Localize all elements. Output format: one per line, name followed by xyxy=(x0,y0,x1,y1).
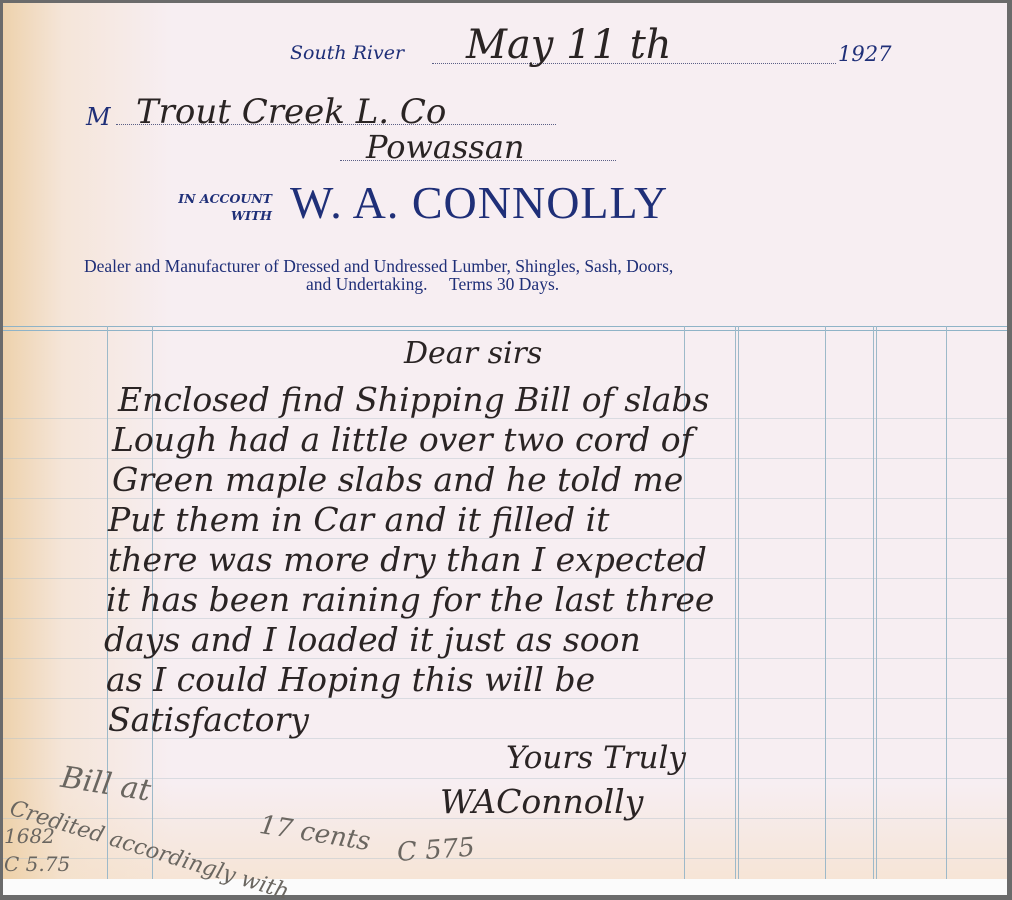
company-name: W. A. CONNOLLY xyxy=(290,176,668,229)
letter-line: Put them in Car and it filled it xyxy=(108,500,609,539)
ruled-column-line xyxy=(946,326,947,879)
in-account-with-label: IN ACCOUNT WITH xyxy=(152,190,272,224)
pencil-margin-figure-1: 1682 xyxy=(4,824,55,848)
ruled-column-line xyxy=(825,326,826,879)
letter-line: Satisfactory xyxy=(108,700,309,739)
year: 1927 xyxy=(838,42,891,66)
addressee-name: Trout Creek L. Co xyxy=(136,92,446,132)
letter-line: Enclosed find Shipping Bill of slabs xyxy=(118,380,710,419)
date-handwritten: May 11 th xyxy=(466,22,672,68)
ruled-row-line xyxy=(3,778,1007,779)
addressee-prefix: M xyxy=(86,103,111,131)
place-label: South River xyxy=(290,42,404,64)
signature: WAConnolly xyxy=(440,782,643,821)
scan-bottom-margin xyxy=(3,879,1007,895)
ruled-column-line-double xyxy=(735,326,736,879)
letter-line: days and I loaded it just as soon xyxy=(104,620,641,659)
letter-line: as I could Hoping this will be xyxy=(106,660,595,699)
closing: Yours Truly xyxy=(506,740,686,776)
in-account-line1: IN ACCOUNT xyxy=(152,190,272,207)
pencil-note-amount: C 575 xyxy=(396,833,476,868)
letter-line: there was more dry than I expected xyxy=(108,540,707,579)
letter-line: Green maple slabs and he told me xyxy=(112,460,683,499)
salutation: Dear sirs xyxy=(404,336,542,371)
ruled-header-line-top xyxy=(3,326,1007,327)
letter-line: Lough had a little over two cord of xyxy=(112,420,693,459)
company-description-line2: and Undertaking. Terms 30 Days. xyxy=(306,274,559,295)
letter-line: it has been raining for the last three xyxy=(106,580,714,619)
addressee-town: Powassan xyxy=(366,128,525,166)
ruled-column-line-double xyxy=(873,326,874,879)
pencil-margin-figure-2: C 5.75 xyxy=(4,852,70,876)
in-account-line2: WITH xyxy=(152,207,272,224)
ruled-header-line-bottom xyxy=(3,330,1007,331)
